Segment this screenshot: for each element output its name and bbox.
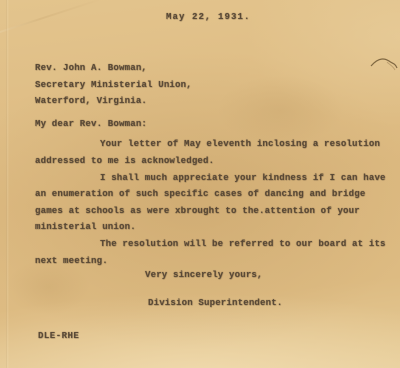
body-line: ministerial union. bbox=[35, 222, 136, 232]
recipient-title: Secretary Ministerial Union, bbox=[35, 80, 192, 90]
letter-page: May 22, 1931. Rev. John A. Bowman, Secre… bbox=[0, 0, 400, 368]
body-line: an enumeration of such specific cases of… bbox=[35, 189, 365, 199]
recipient-address: Waterford, Virginia. bbox=[35, 96, 147, 106]
body-line: addressed to me is acknowledged. bbox=[35, 156, 214, 166]
letter-date: May 22, 1931. bbox=[166, 12, 251, 22]
body-line: I shall much appreciate your kindness if… bbox=[100, 173, 386, 183]
body-line: The resolution will be referred to our b… bbox=[100, 239, 386, 249]
reference-initials: DLE-RHE bbox=[38, 331, 79, 341]
body-line: Your letter of May eleventh inclosing a … bbox=[100, 139, 380, 149]
signature-title: Division Superintendent. bbox=[148, 298, 282, 308]
body-line: next meeting. bbox=[35, 256, 108, 266]
paper-crease bbox=[6, 0, 9, 368]
recipient-name: Rev. John A. Bowman, bbox=[35, 63, 147, 73]
closing: Very sincerely yours, bbox=[145, 270, 263, 280]
paper-tear-mark bbox=[369, 53, 400, 77]
paper-crease bbox=[0, 0, 107, 42]
salutation: My dear Rev. Bowman: bbox=[35, 119, 147, 129]
body-line: games at schools as were xbrought to the… bbox=[35, 206, 360, 216]
